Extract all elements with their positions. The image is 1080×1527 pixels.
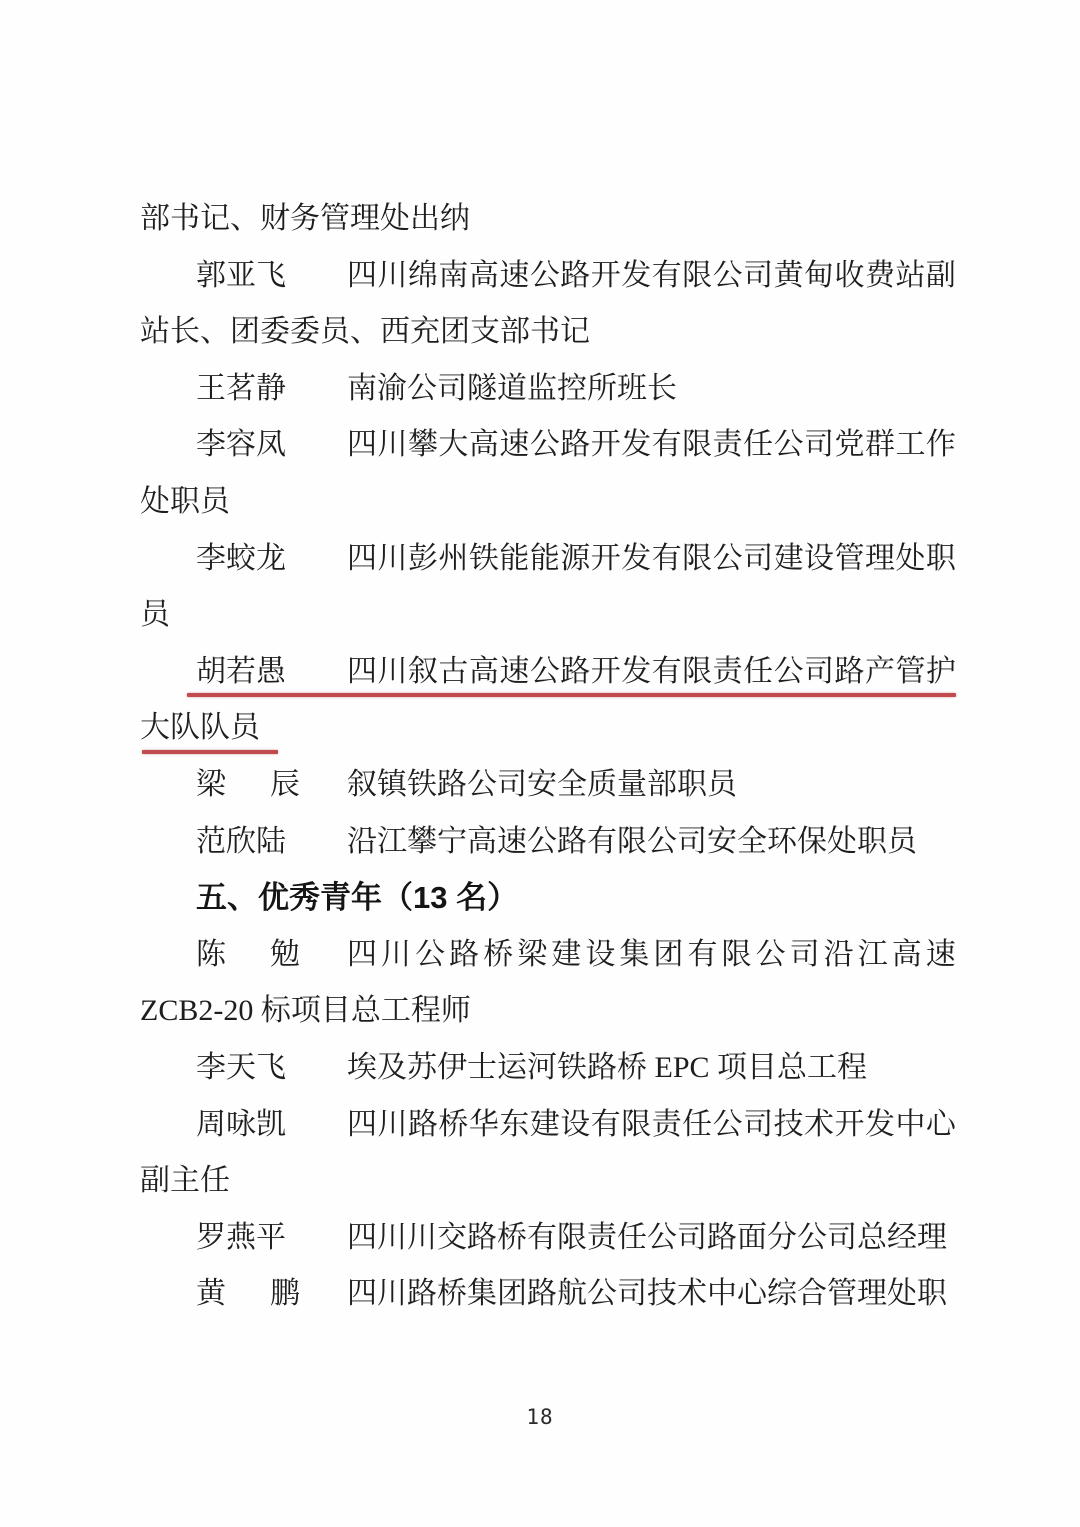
- person-title-char: 工: [895, 417, 925, 474]
- person-title-char: 攀: [408, 417, 438, 474]
- person-title-char: 集: [619, 927, 649, 984]
- person-title-char: 公: [530, 644, 560, 701]
- person-title-char: 公: [774, 644, 804, 701]
- person-name: 罗燕平: [196, 1210, 286, 1267]
- person-title: 四川路桥华东建设有限责任公司技术开发中心: [347, 1097, 956, 1154]
- person-title: 叙镇铁路公司安全质量部职员: [347, 757, 737, 814]
- person-name-char: 天: [226, 1040, 256, 1097]
- person-title: 沿江攀宁高速公路有限公司安全环保处职员: [347, 814, 917, 871]
- person-title-char: 开: [591, 417, 621, 474]
- person-title-char: 路: [560, 417, 590, 474]
- person-title-char: 华: [469, 1097, 499, 1154]
- person-title-char: 建: [530, 1097, 560, 1154]
- person-name-char: 勉: [270, 927, 300, 984]
- person-name-char: 飞: [256, 248, 286, 305]
- person-name-char: 飞: [256, 1040, 286, 1097]
- award-entry: 李容凤四川攀大高速公路开发有限责任公司党群工作: [140, 417, 956, 474]
- person-title-char: 桥: [438, 1097, 468, 1154]
- page-number: 18: [0, 1405, 1080, 1429]
- person-title-char: 路: [408, 1097, 438, 1154]
- person-title-char: 司: [790, 927, 820, 984]
- person-title-char: 桥: [483, 927, 513, 984]
- person-title-char: 有: [652, 417, 682, 474]
- person-title-char: 四: [347, 248, 377, 305]
- document-body: 部书记、财务管理处出纳郭亚飞四川绵南高速公路开发有限公司黄甸收费站副站长、团委委…: [140, 191, 956, 1323]
- person-name: 黄鹏: [196, 1266, 300, 1323]
- person-name-char: 梁: [196, 757, 226, 814]
- person-title-char: 路: [560, 248, 590, 305]
- award-entry: 王茗静南渝公司隧道监控所班长: [140, 361, 956, 418]
- person-title-char: 司: [804, 644, 834, 701]
- person-title-char: 南: [438, 248, 468, 305]
- person-title-char: 有: [687, 927, 717, 984]
- section-heading-text: 五、优秀青年（13 名）: [196, 880, 518, 915]
- person-title-char: 限: [722, 927, 752, 984]
- person-name: 王茗静: [196, 361, 286, 418]
- person-name: 梁辰: [196, 757, 300, 814]
- person-title-char: 速: [499, 417, 529, 474]
- person-title-char: 建: [774, 531, 804, 588]
- person-title-char: 责: [652, 1097, 682, 1154]
- person-title-char: 有: [652, 644, 682, 701]
- person-title-char: 能: [499, 531, 529, 588]
- person-title-char: 责: [713, 644, 743, 701]
- person-title-char: 四: [347, 644, 377, 701]
- person-title-char: 限: [682, 644, 712, 701]
- person-title-char: 铁: [469, 531, 499, 588]
- person-name-char: 李: [196, 531, 226, 588]
- person-name-char: 燕: [226, 1210, 256, 1267]
- person-title-char: 四: [347, 927, 377, 984]
- person-title-char: 建: [551, 927, 581, 984]
- person-title-char: 任: [743, 417, 773, 474]
- person-name-char: 龙: [256, 531, 286, 588]
- person-title-char: 司: [743, 248, 773, 305]
- person-title-char: 管: [835, 531, 865, 588]
- person-name-char: 范: [196, 814, 226, 871]
- person-title: 四川川交路桥有限责任公司路面分公司总经理: [347, 1210, 947, 1267]
- person-title-char: 速: [926, 927, 956, 984]
- person-title-char: 高: [469, 417, 499, 474]
- person-name-char: 平: [256, 1210, 286, 1267]
- person-name: 李蛟龙: [196, 531, 286, 588]
- red-underline: [142, 750, 278, 754]
- person-title-char: 心: [926, 1097, 956, 1154]
- award-entry: 郭亚飞四川绵南高速公路开发有限公司黄甸收费站副: [140, 248, 956, 305]
- scanned-document-page: 部书记、财务管理处出纳郭亚飞四川绵南高速公路开发有限公司黄甸收费站副站长、团委委…: [0, 0, 1080, 1527]
- person-title-char: 限: [621, 1097, 651, 1154]
- person-name-char: 李: [196, 1040, 226, 1097]
- person-title-char: 有: [652, 248, 682, 305]
- person-title-char: 司: [743, 531, 773, 588]
- person-name-char: 黄: [196, 1266, 226, 1323]
- person-title-char: 速: [499, 248, 529, 305]
- person-name-char: 咏: [226, 1097, 256, 1154]
- person-title: 埃及苏伊士运河铁路桥 EPC 项目总工程: [347, 1040, 867, 1097]
- person-title-char: 设: [585, 927, 615, 984]
- person-title-char: 东: [499, 1097, 529, 1154]
- person-title-char: 高: [892, 927, 922, 984]
- person-title-char: 发: [621, 644, 651, 701]
- person-name-char: 静: [256, 361, 286, 418]
- text-line-content: 大队队员: [140, 711, 260, 744]
- person-title-char: 中: [895, 1097, 925, 1154]
- person-title-char: 设: [804, 531, 834, 588]
- person-title: 四川彭州铁能能源开发有限公司建设管理处职: [347, 531, 956, 588]
- person-title-char: 费: [865, 248, 895, 305]
- person-name-char: 陆: [256, 814, 286, 871]
- person-title-char: 职: [926, 531, 956, 588]
- text-line-content: 副主任: [140, 1164, 230, 1197]
- person-title-char: 司: [743, 1097, 773, 1154]
- person-title-char: 梁: [517, 927, 547, 984]
- person-title-char: 高: [469, 248, 499, 305]
- person-title-char: 州: [438, 531, 468, 588]
- person-title-char: 公: [713, 1097, 743, 1154]
- person-title-char: 开: [591, 531, 621, 588]
- text-line-content: ZCB2-20 标项目总工程师: [140, 994, 471, 1027]
- person-title-char: 限: [682, 417, 712, 474]
- text-line: 大队队员: [140, 700, 956, 757]
- person-name-char: 陈: [196, 927, 226, 984]
- person-title-char: 公: [415, 927, 445, 984]
- person-title: 四川绵南高速公路开发有限公司黄甸收费站副: [347, 248, 956, 305]
- person-name-char: 李: [196, 417, 226, 474]
- person-name-char: 郭: [196, 248, 226, 305]
- award-entry: 梁辰叙镇铁路公司安全质量部职员: [140, 757, 956, 814]
- person-title: 四川攀大高速公路开发有限责任公司党群工作: [347, 417, 956, 474]
- person-name-char: 若: [226, 644, 256, 701]
- text-line: 员: [140, 587, 956, 644]
- person-title-char: 管: [895, 644, 925, 701]
- person-title: 四川公路桥梁建设集团有限公司沿江高速: [347, 927, 956, 984]
- person-title: 四川路桥集团路航公司技术中心综合管理处职: [347, 1266, 947, 1323]
- person-title-char: 有: [591, 1097, 621, 1154]
- person-title-char: 公: [774, 417, 804, 474]
- person-title-char: 绵: [408, 248, 438, 305]
- text-line: 站长、团委委员、西充团支部书记: [140, 304, 956, 361]
- person-name-char: 周: [196, 1097, 226, 1154]
- person-title-char: 发: [621, 531, 651, 588]
- person-name-char: 容: [226, 417, 256, 474]
- person-title-char: 团: [653, 927, 683, 984]
- person-title-char: 速: [499, 644, 529, 701]
- text-line-content: 站长、团委委员、西充团支部书记: [140, 315, 590, 348]
- person-title-char: 责: [713, 417, 743, 474]
- person-title-char: 公: [530, 248, 560, 305]
- person-name-char: 王: [196, 361, 226, 418]
- award-entry: 胡若愚四川叙古高速公路开发有限责任公司路产管护: [140, 644, 956, 701]
- person-title-char: 发: [621, 417, 651, 474]
- text-line-content: 员: [140, 598, 170, 631]
- person-title-char: 术: [804, 1097, 834, 1154]
- person-title-char: 四: [347, 531, 377, 588]
- award-entry: 陈勉四川公路桥梁建设集团有限公司沿江高速: [140, 927, 956, 984]
- person-title-char: 有: [652, 531, 682, 588]
- person-title-char: 四: [347, 417, 377, 474]
- award-entry: 罗燕平四川川交路桥有限责任公司路面分公司总经理: [140, 1210, 956, 1267]
- person-name-char: 愚: [256, 644, 286, 701]
- text-line: 处职员: [140, 474, 956, 531]
- person-title-char: 川: [381, 927, 411, 984]
- person-title-char: 任: [743, 644, 773, 701]
- person-title-char: 古: [438, 644, 468, 701]
- award-entry: 李天飞埃及苏伊士运河铁路桥 EPC 项目总工程: [140, 1040, 956, 1097]
- person-title-char: 甸: [804, 248, 834, 305]
- person-name-char: 蛟: [226, 531, 256, 588]
- person-title-char: 群: [865, 417, 895, 474]
- person-title-char: 开: [591, 644, 621, 701]
- person-title-char: 护: [926, 644, 956, 701]
- person-name-char: 凯: [256, 1097, 286, 1154]
- person-title-char: 彭: [408, 531, 438, 588]
- person-title-char: 四: [347, 1097, 377, 1154]
- person-title-char: 公: [530, 417, 560, 474]
- person-title-char: 叙: [408, 644, 438, 701]
- person-title-char: 发: [865, 1097, 895, 1154]
- person-title-char: 站: [895, 248, 925, 305]
- person-title-char: 高: [469, 644, 499, 701]
- person-title-char: 副: [926, 248, 956, 305]
- person-title-char: 路: [560, 644, 590, 701]
- person-title-char: 技: [774, 1097, 804, 1154]
- person-title-char: 川: [377, 248, 407, 305]
- person-title-char: 能: [530, 531, 560, 588]
- person-title-char: 开: [591, 248, 621, 305]
- section-heading: 五、优秀青年（13 名）: [140, 870, 956, 927]
- text-line-content: 部书记、财务管理处出纳: [140, 202, 470, 235]
- person-title: 四川叙古高速公路开发有限责任公司路产管护: [347, 644, 956, 701]
- person-title-char: 产: [865, 644, 895, 701]
- person-title-char: 川: [377, 531, 407, 588]
- person-title-char: 公: [713, 248, 743, 305]
- text-line-content: 处职员: [140, 485, 230, 518]
- person-name-char: 欣: [226, 814, 256, 871]
- person-title-char: 江: [858, 927, 888, 984]
- person-name: 郭亚飞: [196, 248, 286, 305]
- person-name: 胡若愚: [196, 644, 286, 701]
- person-name-char: 辰: [270, 757, 300, 814]
- person-title-char: 川: [377, 644, 407, 701]
- person-title: 南渝公司隧道监控所班长: [347, 361, 677, 418]
- person-title-char: 党: [835, 417, 865, 474]
- person-title-char: 黄: [774, 248, 804, 305]
- person-title-char: 沿: [824, 927, 854, 984]
- person-name-char: 胡: [196, 644, 226, 701]
- person-title-char: 司: [804, 417, 834, 474]
- person-name: 范欣陆: [196, 814, 286, 871]
- text-line: 副主任: [140, 1153, 956, 1210]
- person-title-char: 收: [835, 248, 865, 305]
- person-name-char: 亚: [226, 248, 256, 305]
- person-name: 李天飞: [196, 1040, 286, 1097]
- person-title-char: 任: [682, 1097, 712, 1154]
- red-underline: [187, 693, 956, 697]
- person-name-char: 凤: [256, 417, 286, 474]
- text-line: ZCB2-20 标项目总工程师: [140, 983, 956, 1040]
- person-title-char: 开: [835, 1097, 865, 1154]
- person-title-char: 设: [560, 1097, 590, 1154]
- award-entry: 周咏凯四川路桥华东建设有限责任公司技术开发中心: [140, 1097, 956, 1154]
- award-entry: 李蛟龙四川彭州铁能能源开发有限公司建设管理处职: [140, 531, 956, 588]
- person-title-char: 限: [682, 248, 712, 305]
- person-title-char: 作: [926, 417, 956, 474]
- person-title-char: 川: [377, 417, 407, 474]
- person-title-char: 公: [756, 927, 786, 984]
- person-title-char: 处: [895, 531, 925, 588]
- person-name: 李容凤: [196, 417, 286, 474]
- person-name: 周咏凯: [196, 1097, 286, 1154]
- person-title-char: 发: [621, 248, 651, 305]
- person-title-char: 源: [560, 531, 590, 588]
- person-title-char: 理: [865, 531, 895, 588]
- person-title-char: 川: [377, 1097, 407, 1154]
- person-title-char: 公: [713, 531, 743, 588]
- person-name: 陈勉: [196, 927, 300, 984]
- person-title-char: 大: [438, 417, 468, 474]
- person-name-char: 罗: [196, 1210, 226, 1267]
- person-title-char: 路: [835, 644, 865, 701]
- person-name-char: 鹏: [270, 1266, 300, 1323]
- person-title-char: 路: [449, 927, 479, 984]
- award-entry: 黄鹏四川路桥集团路航公司技术中心综合管理处职: [140, 1266, 956, 1323]
- person-name-char: 茗: [226, 361, 256, 418]
- award-entry: 范欣陆沿江攀宁高速公路有限公司安全环保处职员: [140, 814, 956, 871]
- text-line: 部书记、财务管理处出纳: [140, 191, 956, 248]
- person-title-char: 限: [682, 531, 712, 588]
